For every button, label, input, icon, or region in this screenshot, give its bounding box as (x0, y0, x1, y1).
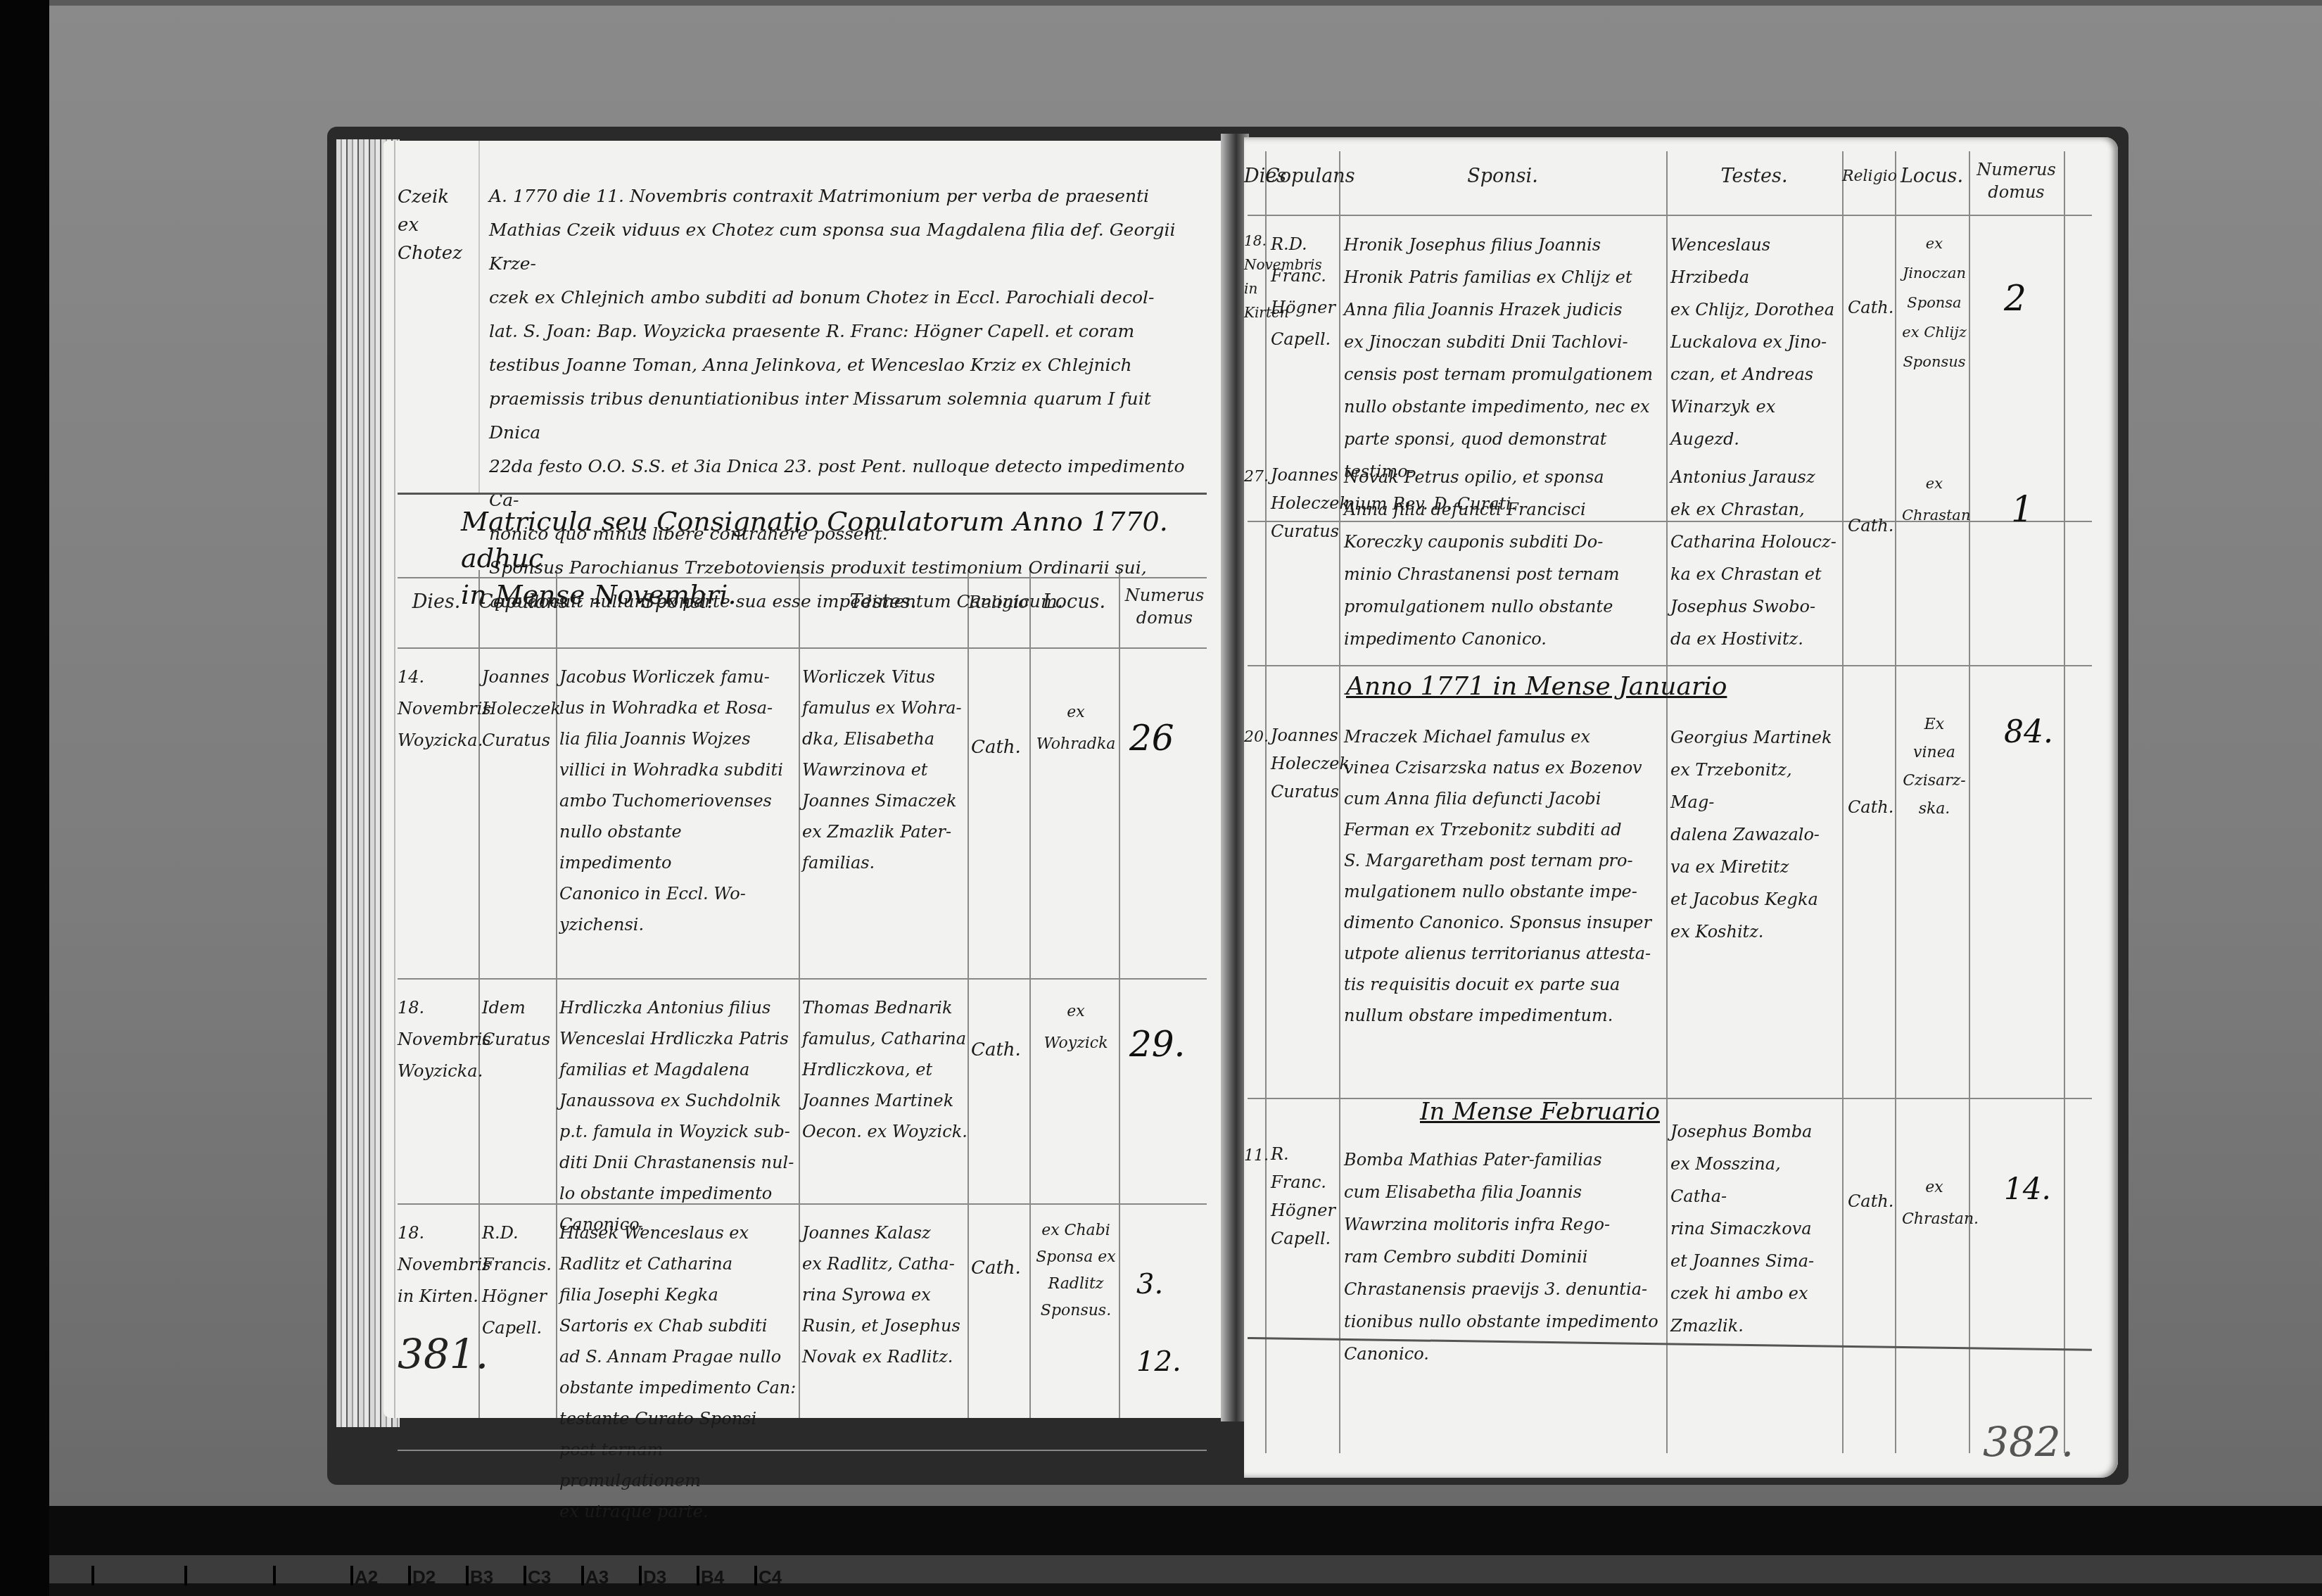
cell-testes: Joannes Kalasz ex Radlitz, Catha- rina S… (802, 1217, 967, 1372)
col-header-dies: Dies (1244, 165, 1265, 188)
cell-copulans: Idem Curatus (482, 992, 556, 1056)
cell-copulans: R.D. Francis. Högner Capell. (482, 1217, 556, 1344)
cell-testes: Josephus Bomba ex Mosszina, Catha- rina … (1670, 1115, 1841, 1342)
ruler-label: D2 (412, 1566, 436, 1588)
scan-top-edge (49, 0, 2322, 6)
cell-numerus: 29. (1129, 1024, 1186, 1065)
cell-religio: Cath. (1848, 792, 1893, 823)
column-rule (1842, 151, 1844, 1453)
cell-sponsi: Bomba Mathias Pater-familias cum Elisabe… (1344, 1144, 1664, 1370)
cell-copulans: Joannes Holeczek Curatus (1271, 721, 1339, 806)
film-edge (49, 1583, 2322, 1596)
cell-dies: 27. (1244, 461, 1272, 493)
col-header-religio: Religio (967, 591, 1029, 614)
cell-religio: Cath. (1848, 292, 1893, 324)
ruler-tick (754, 1566, 757, 1585)
cell-numerus: 2 (2004, 278, 2026, 319)
row-rule (398, 1203, 1207, 1205)
cell-dies: 18. Novembris in Kirten. (398, 1217, 478, 1312)
section-heading-january: Anno 1771 in Mense Januario (1346, 672, 1727, 701)
column-rule (1029, 570, 1031, 1418)
ruler-tick (350, 1566, 353, 1585)
cell-copulans: R. Franc. Högner Capell. (1271, 1140, 1339, 1253)
cell-numerus: 3. 12. (1136, 1246, 1181, 1400)
ruler-tick (581, 1566, 584, 1585)
column-rule (556, 570, 557, 1418)
cell-testes: Wenceslaus Hrzibeda ex Chlijz, Dorothea … (1670, 229, 1841, 455)
left-page: Czeik ex Chotez A. 1770 die 11. Novembri… (383, 141, 1224, 1418)
cell-religio: Cath. (971, 1253, 1027, 1284)
ruler-tick (639, 1566, 642, 1585)
ruler-label: B4 (701, 1566, 724, 1588)
cell-testes: Antonius Jarausz ek ex Chrastan, Cathari… (1670, 461, 1841, 655)
cell-sponsi: Jacobus Worliczek famu- lus in Wohradka … (559, 661, 799, 940)
top-entry-margin-note: Czeik ex Chotez (398, 183, 475, 267)
ruler-label: A3 (585, 1566, 609, 1588)
column-rule (967, 570, 969, 1418)
cell-testes: Worliczek Vitus famulus ex Wohra- dka, E… (802, 661, 967, 878)
col-header-copulans: Copulans (478, 591, 556, 614)
ruler-tick (408, 1566, 411, 1585)
margin-rule (478, 141, 480, 493)
row-rule (398, 1450, 1207, 1451)
cell-sponsi: Hlasek Wenceslaus ex Radlitz et Catharin… (559, 1217, 799, 1527)
col-header-testes: Testes. (1666, 165, 1842, 188)
ruler-tick (184, 1566, 187, 1585)
section-heading-february: In Mense Februario (1420, 1098, 1660, 1126)
cell-locus: ex Jinoczan Sponsa ex Chlijz Sponsus (1902, 229, 1967, 376)
row-rule (398, 978, 1207, 980)
cell-religio: Cath. (1848, 510, 1893, 542)
film-border (0, 0, 49, 1596)
column-rule (1265, 151, 1267, 1453)
col-header-locus: Locus. (1895, 165, 1969, 188)
cell-dies: 18. Novembris in Kirten (1244, 229, 1272, 324)
column-rule (1969, 151, 1970, 1453)
ruler-label: C4 (759, 1566, 782, 1588)
header-rule (398, 577, 1207, 578)
col-header-numerus: Numerus domus (1969, 158, 2064, 203)
col-header-religio: Religio (1842, 165, 1895, 188)
right-page: Dies Copulans Sponsi. Testes. Religio Lo… (1244, 137, 2118, 1478)
ruler-tick (697, 1566, 699, 1585)
cell-locus: ex Woyzick (1034, 996, 1117, 1059)
column-rule (1339, 151, 1340, 1453)
ruler-label: C3 (528, 1566, 551, 1588)
col-header-copulans: Copulans (1265, 165, 1339, 188)
page-number: 382. (1983, 1418, 2074, 1466)
column-rule (478, 570, 480, 1418)
cell-locus: ex Chrastan. (1902, 1172, 1967, 1235)
col-header-testes: Testes. (799, 591, 967, 614)
cell-religio: Cath. (971, 732, 1027, 764)
cell-sponsi: Mraczek Michael famulus ex vinea Czisarz… (1344, 721, 1664, 1031)
cell-locus: ex Chrastan (1902, 468, 1967, 531)
column-rule (2064, 151, 2065, 1453)
cell-testes: Thomas Bednarik famulus, Catharina Hrdli… (802, 992, 967, 1147)
page-number: 381. (398, 1330, 488, 1378)
col-header-locus: Locus. (1029, 591, 1119, 614)
ruler-label: A2 (355, 1566, 378, 1588)
cell-religio: Cath. (971, 1034, 1027, 1066)
cell-numerus: 14. (2004, 1172, 2051, 1206)
ruler-tick (91, 1566, 94, 1585)
cell-religio: Cath. (1848, 1186, 1893, 1217)
cell-sponsi: Novak Petrus opilio, et sponsa Anna fili… (1344, 461, 1664, 655)
cell-dies: 14. Novembris Woyzicka. (398, 661, 478, 756)
cell-locus: Ex vinea Czisarz- ska. (1902, 711, 1967, 823)
section-divider (398, 493, 1207, 495)
col-header-dies: Dies. (394, 591, 478, 614)
cell-dies: 18. Novembris Woyzicka. (398, 992, 478, 1087)
row-rule (1248, 665, 2092, 666)
ruler-label: B3 (470, 1566, 493, 1588)
row-rule (1248, 1098, 2092, 1099)
margin-rule (394, 141, 395, 1418)
ruler-tick (466, 1566, 469, 1585)
cell-dies: 20. (1244, 721, 1272, 753)
cell-copulans: Joannes Holeczek Curatus (1271, 461, 1339, 545)
column-rule (1895, 151, 1896, 1453)
column-rule (799, 570, 800, 1418)
col-header-numerus: Numerus domus (1119, 584, 1210, 629)
cell-dies: 11. (1244, 1140, 1272, 1172)
cell-numerus: 26 (1129, 718, 1174, 759)
ruler-label: D3 (643, 1566, 666, 1588)
ruler-tick (524, 1566, 526, 1585)
cell-copulans: R.D. Franc. Högner Capell. (1271, 229, 1339, 355)
col-header-sponsi: Sponsi. (556, 591, 799, 614)
cell-copulans: Joannes Holeczek Curatus (482, 661, 556, 756)
header-rule (1248, 215, 2092, 216)
cell-testes: Georgius Martinek ex Trzebonitz, Mag- da… (1670, 721, 1841, 948)
cell-numerus: 1 (2011, 489, 2034, 530)
cell-numerus: 84. (2004, 714, 2053, 750)
header-rule (398, 647, 1207, 649)
ruler-tick (273, 1566, 276, 1585)
column-rule (1119, 570, 1120, 1418)
cell-locus: ex Chabi Sponsa ex Radlitz Sponsus. (1034, 1217, 1117, 1324)
col-header-sponsi: Sponsi. (1339, 165, 1666, 188)
cell-locus: ex Wohradka (1034, 697, 1117, 760)
column-rule (1666, 151, 1668, 1453)
